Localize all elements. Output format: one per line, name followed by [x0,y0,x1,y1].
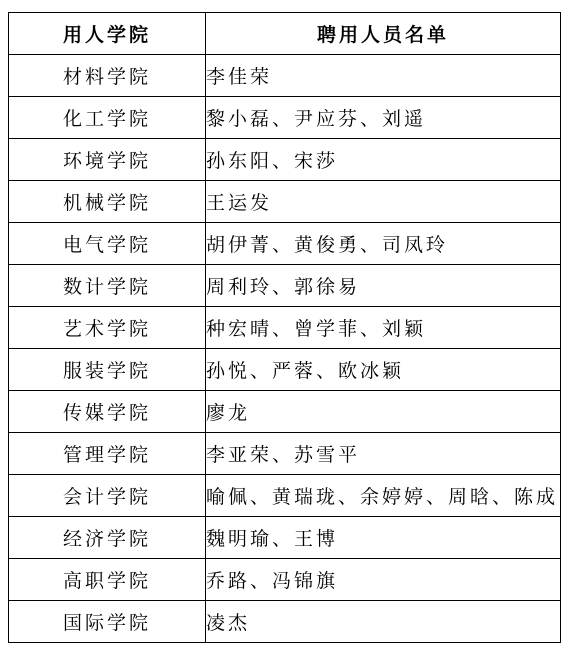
names-cell: 胡伊菁、黄俊勇、司凤玲 [206,223,561,265]
names-cell: 黎小磊、尹应芬、刘遥 [206,97,561,139]
names-cell: 孙悦、严蓉、欧冰颖 [206,349,561,391]
college-cell: 管理学院 [9,433,206,475]
table-row: 机械学院王运发 [9,181,561,223]
college-cell: 电气学院 [9,223,206,265]
college-cell: 艺术学院 [9,307,206,349]
college-cell: 经济学院 [9,517,206,559]
table-body: 材料学院李佳荣化工学院黎小磊、尹应芬、刘遥环境学院孙东阳、宋莎机械学院王运发电气… [9,55,561,643]
names-cell: 喻佩、黄瑞珑、余婷婷、周晗、陈成 [206,475,561,517]
table-row: 传媒学院廖龙 [9,391,561,433]
names-cell: 孙东阳、宋莎 [206,139,561,181]
college-cell: 数计学院 [9,265,206,307]
names-cell: 李佳荣 [206,55,561,97]
document-page: 用人学院 聘用人员名单 材料学院李佳荣化工学院黎小磊、尹应芬、刘遥环境学院孙东阳… [0,0,570,653]
college-cell: 高职学院 [9,559,206,601]
table-row: 化工学院黎小磊、尹应芬、刘遥 [9,97,561,139]
table-row: 材料学院李佳荣 [9,55,561,97]
header-names: 聘用人员名单 [206,13,561,55]
names-cell: 魏明瑜、王博 [206,517,561,559]
header-college: 用人学院 [9,13,206,55]
college-cell: 机械学院 [9,181,206,223]
college-cell: 传媒学院 [9,391,206,433]
names-cell: 李亚荣、苏雪平 [206,433,561,475]
names-cell: 乔路、冯锦旗 [206,559,561,601]
hiring-table: 用人学院 聘用人员名单 材料学院李佳荣化工学院黎小磊、尹应芬、刘遥环境学院孙东阳… [8,12,561,643]
college-cell: 会计学院 [9,475,206,517]
table-row: 会计学院喻佩、黄瑞珑、余婷婷、周晗、陈成 [9,475,561,517]
names-cell: 廖龙 [206,391,561,433]
college-cell: 环境学院 [9,139,206,181]
table-row: 环境学院孙东阳、宋莎 [9,139,561,181]
college-cell: 材料学院 [9,55,206,97]
table-row: 艺术学院种宏晴、曾学菲、刘颖 [9,307,561,349]
names-cell: 周利玲、郭徐易 [206,265,561,307]
table-row: 数计学院周利玲、郭徐易 [9,265,561,307]
names-cell: 种宏晴、曾学菲、刘颖 [206,307,561,349]
table-row: 高职学院乔路、冯锦旗 [9,559,561,601]
header-row: 用人学院 聘用人员名单 [9,13,561,55]
college-cell: 化工学院 [9,97,206,139]
college-cell: 服装学院 [9,349,206,391]
table-row: 管理学院李亚荣、苏雪平 [9,433,561,475]
table-row: 国际学院凌杰 [9,601,561,643]
table-row: 服装学院孙悦、严蓉、欧冰颖 [9,349,561,391]
college-cell: 国际学院 [9,601,206,643]
names-cell: 王运发 [206,181,561,223]
names-cell: 凌杰 [206,601,561,643]
table-row: 电气学院胡伊菁、黄俊勇、司凤玲 [9,223,561,265]
table-row: 经济学院魏明瑜、王博 [9,517,561,559]
